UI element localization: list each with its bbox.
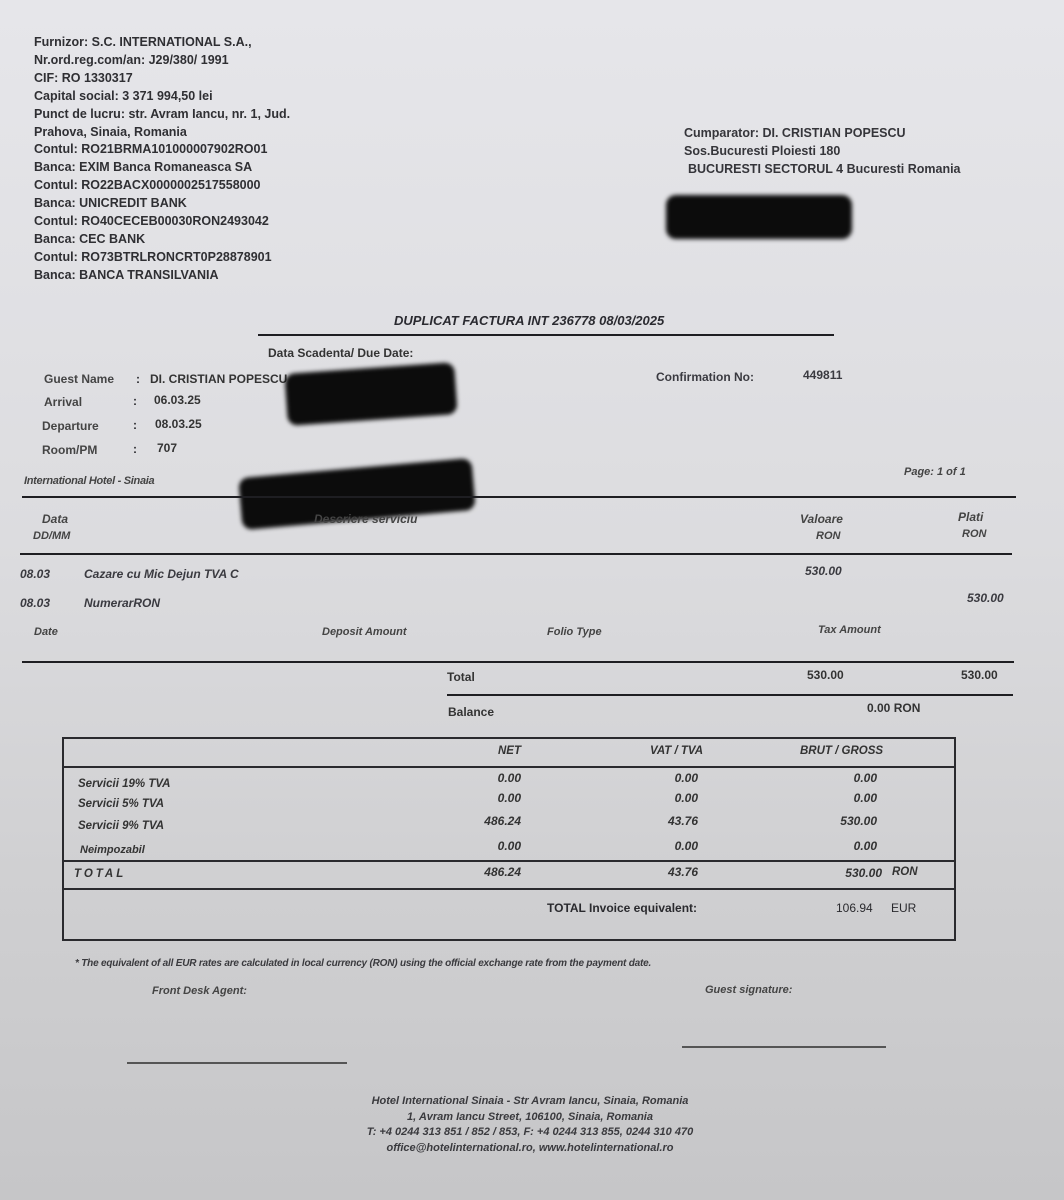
supplier-address-2: Prahova, Sinaia, Romania — [34, 124, 290, 142]
deposit-date-header: Date — [34, 626, 58, 638]
redaction-mark — [666, 195, 852, 239]
col-payments-header: Plati — [958, 510, 983, 524]
guest-name-sep: : — [136, 372, 140, 386]
vat-row-net: 0.00 — [441, 771, 521, 785]
vat-total-label: TOTAL — [74, 868, 126, 880]
supplier-account-3: Contul: RO40CECEB00030RON2493042 — [34, 213, 290, 231]
total-payments: 530.00 — [961, 668, 998, 682]
vat-total-gross: 530.00 — [802, 866, 882, 880]
invoice-equivalent-label: TOTAL Invoice equivalent: — [547, 901, 697, 915]
room-label: Room/PM — [42, 443, 97, 457]
folio-row-amount: 530.00 — [805, 564, 842, 578]
supplier-name: Furnizor: S.C. INTERNATIONAL S.A., — [34, 34, 290, 52]
folio-row-date: 08.03 — [20, 596, 50, 610]
total-amount: 530.00 — [807, 668, 844, 682]
col-amount-header: Valoare — [800, 512, 843, 526]
footer-line-2: 1, Avram Iancu Street, 106100, Sinaia, R… — [300, 1110, 760, 1126]
vat-total-net: 486.24 — [441, 865, 521, 879]
supplier-cif: CIF: RO 1330317 — [34, 70, 290, 88]
supplier-capital: Capital social: 3 371 994,50 lei — [34, 88, 290, 106]
vat-header-divider — [64, 766, 954, 768]
vat-total-divider — [64, 860, 954, 862]
buyer-name: Cumparator: DI. CRISTIAN POPESCU — [684, 124, 961, 142]
folio-row-description: Cazare cu Mic Dejun TVA C — [84, 567, 239, 581]
supplier-bank-2: Banca: UNICREDIT BANK — [34, 195, 290, 213]
front-desk-agent-label: Front Desk Agent: — [152, 985, 247, 997]
deposit-amount-header: Deposit Amount — [322, 626, 407, 638]
buyer-address-2: BUCURESTI SECTORUL 4 Bucuresti Romania — [684, 160, 961, 178]
vat-equivalent-divider — [64, 888, 954, 890]
supplier-account-4: Contul: RO73BTRLRONCRT0P28878901 — [34, 249, 290, 267]
vat-row-vat: 0.00 — [618, 839, 698, 853]
total-label: Total — [447, 670, 475, 684]
front-desk-signature-line — [127, 1062, 347, 1064]
col-payments-currency: RON — [962, 528, 986, 540]
room-sep: : — [133, 442, 137, 456]
footer-line-1: Hotel International Sinaia - Str Avram I… — [300, 1094, 760, 1110]
invoice-equivalent-value: 106.94 — [836, 901, 873, 915]
vat-row-gross: 530.00 — [797, 814, 877, 828]
hotel-label: International Hotel - Sinaia — [24, 475, 154, 487]
vat-header-gross: BRUT / GROSS — [800, 745, 883, 757]
folio-header-divider — [20, 553, 1012, 555]
tax-amount-header: Tax Amount — [818, 624, 881, 636]
title-divider — [258, 334, 834, 336]
supplier-reg-number: Nr.ord.reg.com/an: J29/380/ 1991 — [34, 52, 290, 70]
col-description-header: Descriere serviciu — [314, 512, 417, 526]
vat-row-label: Servicii 19% TVA — [78, 778, 170, 790]
arrival-value: 06.03.25 — [154, 393, 201, 407]
room-value: 707 — [157, 441, 177, 455]
due-date-label: Data Scadenta/ Due Date: — [268, 346, 413, 360]
vat-row-gross: 0.00 — [797, 771, 877, 785]
vat-row-vat: 0.00 — [618, 791, 698, 805]
arrival-label: Arrival — [44, 395, 82, 409]
folio-row-payment: 530.00 — [967, 591, 1004, 605]
vat-header-vat: VAT / TVA — [650, 745, 703, 757]
buyer-address-1: Sos.Bucuresti Ploiesti 180 — [684, 142, 961, 160]
buyer-block: Cumparator: DI. CRISTIAN POPESCU Sos.Buc… — [684, 124, 961, 178]
supplier-account-1: Contul: RO21BRMA101000007902RO01 — [34, 141, 290, 159]
col-amount-currency: RON — [816, 530, 840, 542]
footer-line-3: T: +4 0244 313 851 / 852 / 853, F: +4 02… — [300, 1125, 760, 1141]
supplier-block: Furnizor: S.C. INTERNATIONAL S.A., Nr.or… — [34, 34, 290, 285]
vat-row-net: 486.24 — [441, 814, 521, 828]
deposit-divider — [22, 661, 1014, 663]
vat-header-net: NET — [498, 745, 521, 757]
vat-total-currency: RON — [892, 866, 918, 878]
vat-summary-table: NET VAT / TVA BRUT / GROSS Servicii 19% … — [62, 737, 956, 941]
page-indicator: Page: 1 of 1 — [904, 466, 966, 478]
guest-signature-label: Guest signature: — [705, 984, 792, 996]
vat-row-net: 0.00 — [441, 839, 521, 853]
supplier-bank-1: Banca: EXIM Banca Romaneasca SA — [34, 159, 290, 177]
departure-sep: : — [133, 418, 137, 432]
arrival-sep: : — [133, 394, 137, 408]
guest-name-value: DI. CRISTIAN POPESCU — [150, 372, 287, 386]
vat-row-gross: 0.00 — [797, 839, 877, 853]
vat-row-label: Neimpozabil — [80, 844, 145, 856]
vat-row-net: 0.00 — [441, 791, 521, 805]
supplier-account-2: Contul: RO22BACX0000002517558000 — [34, 177, 290, 195]
vat-row-vat: 0.00 — [618, 771, 698, 785]
balance-label: Balance — [448, 705, 494, 719]
departure-label: Departure — [42, 419, 99, 433]
confirmation-value: 449811 — [803, 368, 842, 382]
folio-row-date: 08.03 — [20, 567, 50, 581]
footer-line-4: office@hotelinternational.ro, www.hoteli… — [300, 1141, 760, 1157]
folio-type-header: Folio Type — [547, 626, 602, 638]
vat-row-label: Servicii 9% TVA — [78, 820, 164, 832]
folio-row-description: NumerarRON — [84, 596, 160, 610]
vat-total-vat: 43.76 — [618, 865, 698, 879]
col-date-header: Data — [42, 512, 68, 526]
supplier-bank-3: Banca: CEC BANK — [34, 231, 290, 249]
hotel-footer: Hotel International Sinaia - Str Avram I… — [300, 1094, 760, 1156]
total-divider — [447, 694, 1013, 696]
departure-value: 08.03.25 — [155, 417, 202, 431]
guest-signature-line — [682, 1046, 886, 1048]
vat-row-gross: 0.00 — [797, 791, 877, 805]
exchange-rate-note: * The equivalent of all EUR rates are ca… — [75, 958, 651, 969]
confirmation-label: Confirmation No: — [656, 370, 754, 384]
supplier-bank-4: Banca: BANCA TRANSILVANIA — [34, 267, 290, 285]
folio-top-divider — [22, 496, 1016, 498]
col-date-format: DD/MM — [33, 530, 70, 542]
vat-row-vat: 43.76 — [618, 814, 698, 828]
redaction-mark — [284, 362, 457, 426]
balance-value: 0.00 RON — [867, 701, 920, 715]
invoice-equivalent-currency: EUR — [891, 901, 916, 915]
supplier-address-1: Punct de lucru: str. Avram Iancu, nr. 1,… — [34, 106, 290, 124]
vat-row-label: Servicii 5% TVA — [78, 798, 164, 810]
guest-name-label: Guest Name — [44, 372, 114, 386]
invoice-title: DUPLICAT FACTURA INT 236778 08/03/2025 — [394, 313, 664, 328]
